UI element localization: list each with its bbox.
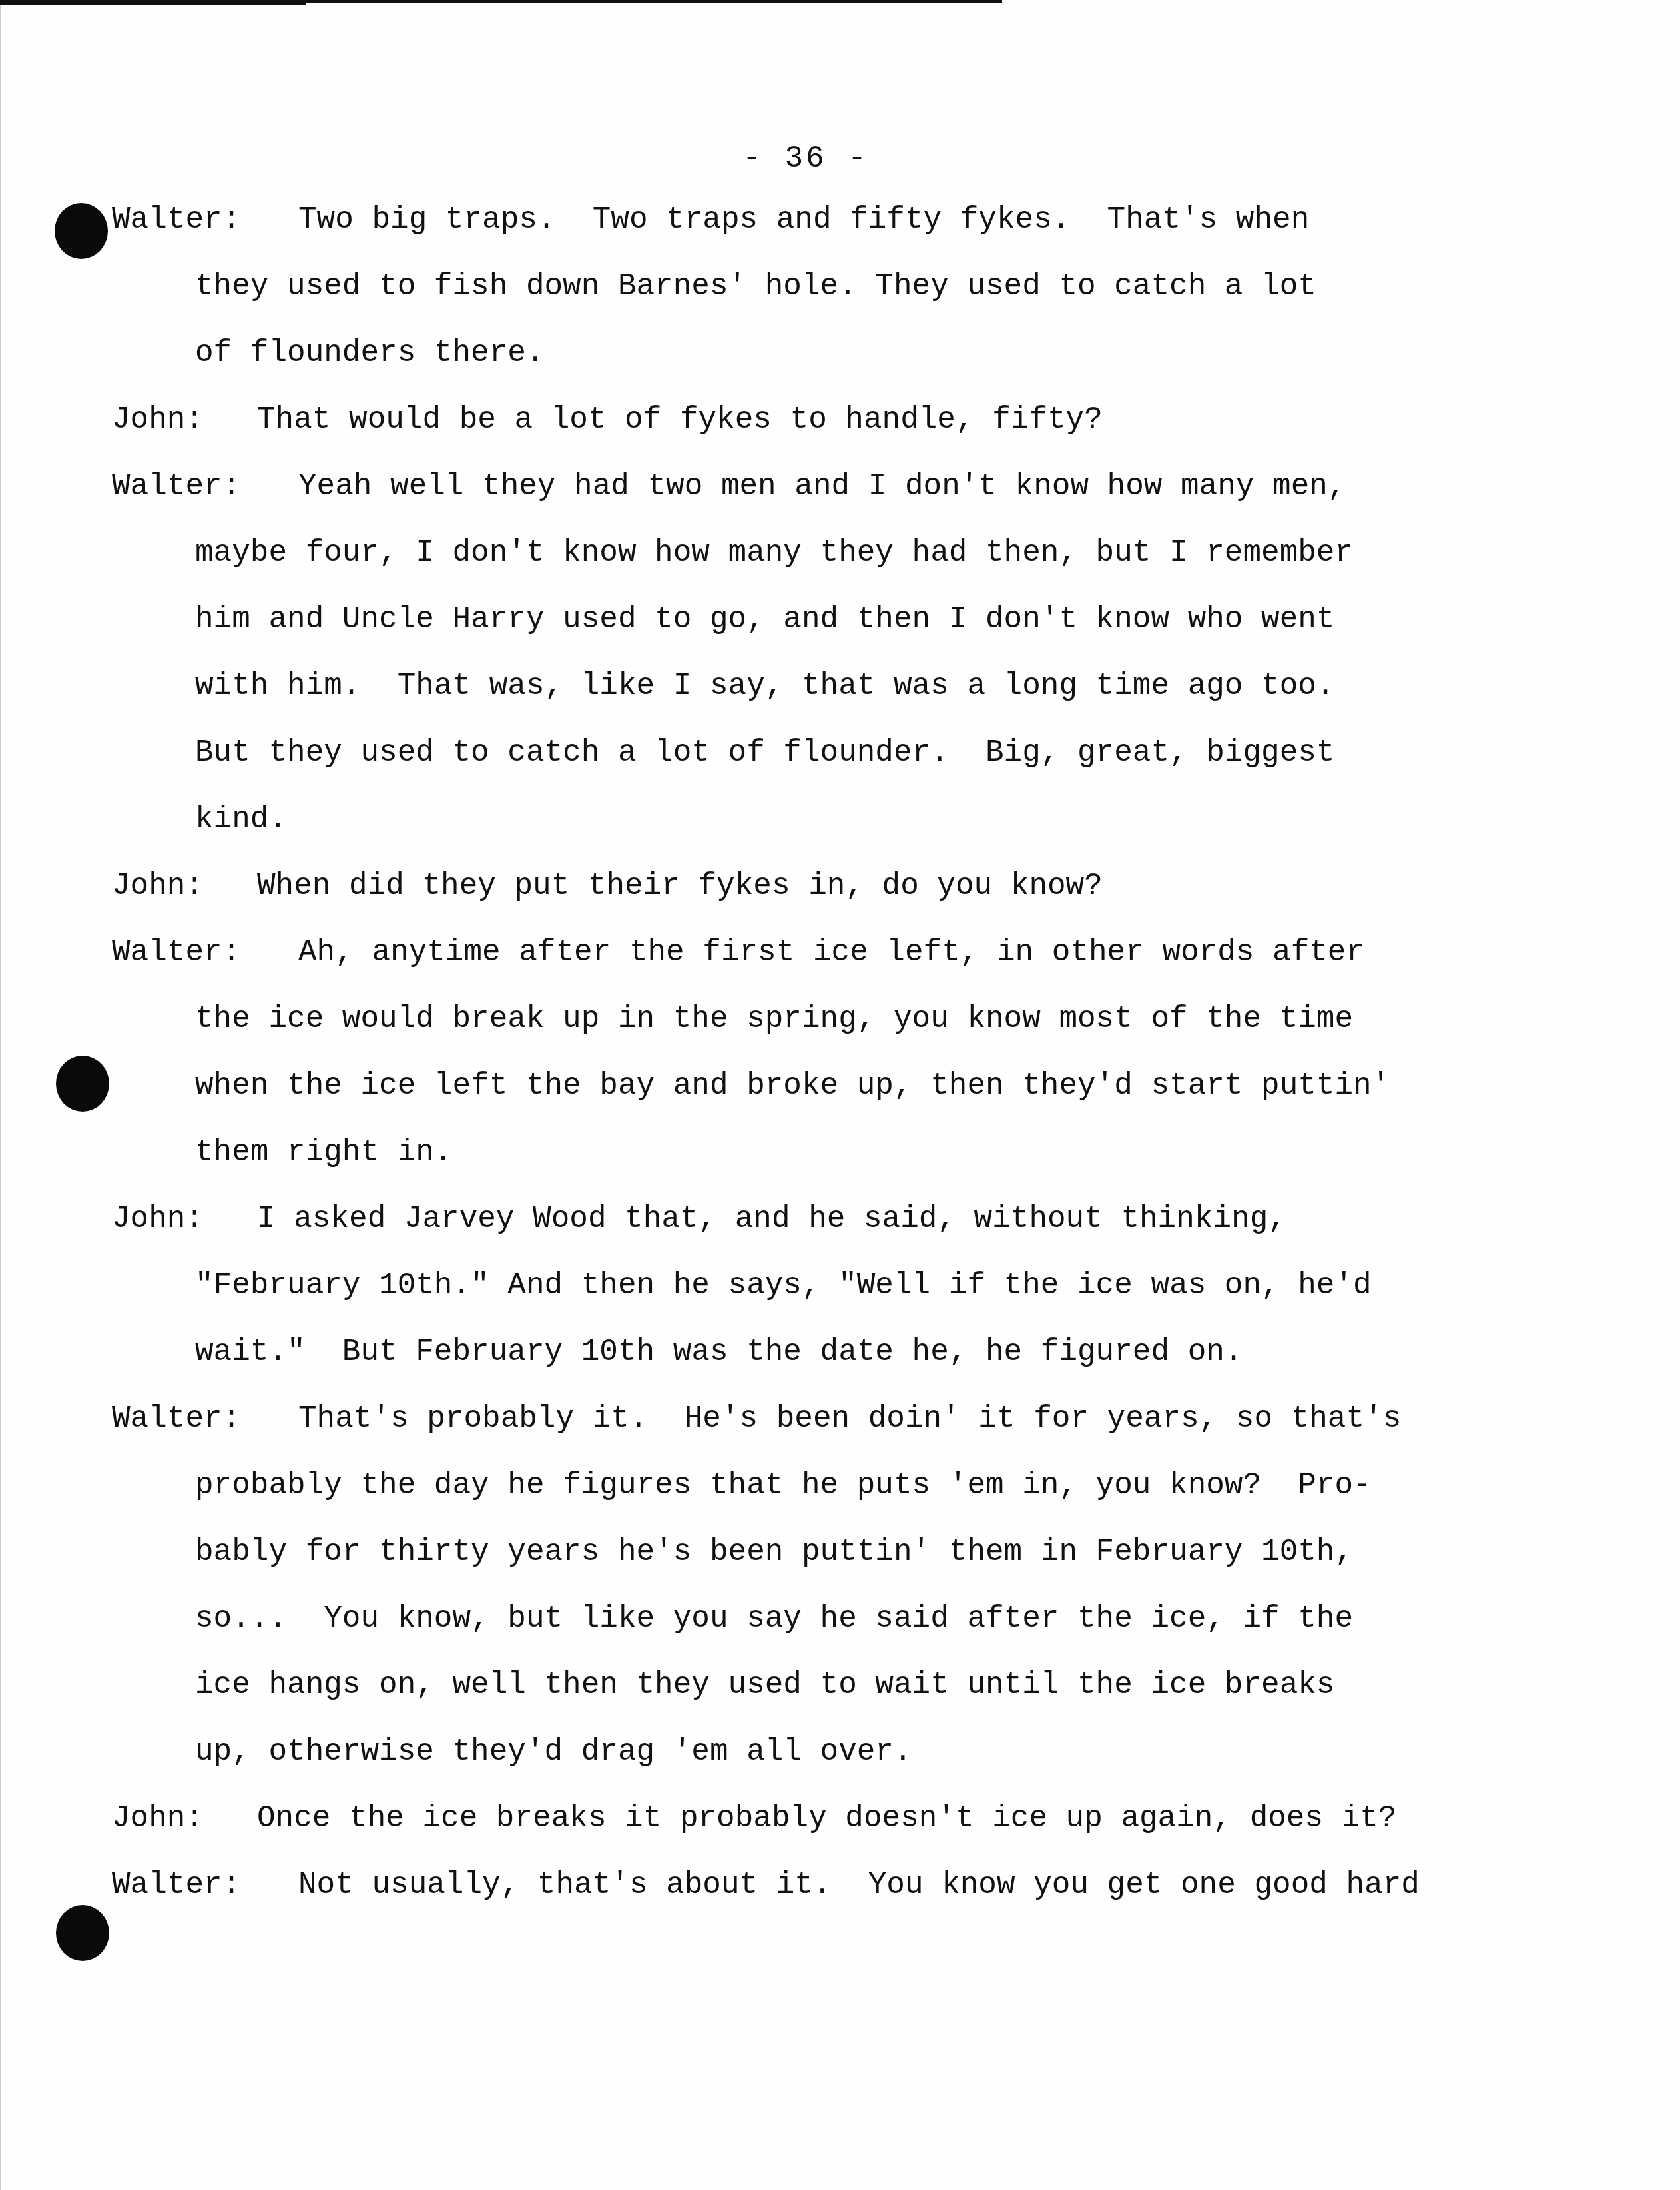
transcript-line: That would be a lot of fykes to handle, …	[257, 400, 1103, 440]
transcript-line: maybe four, I don't know how many they h…	[195, 533, 1353, 573]
transcript-line: ice hangs on, well then they used to wai…	[195, 1665, 1334, 1705]
transcript-line: Not usually, that's about it. You know y…	[298, 1865, 1420, 1905]
scan-top-edge-thick	[0, 0, 306, 5]
transcript-line: Yeah well they had two men and I don't k…	[298, 466, 1346, 506]
transcript-line: Once the ice breaks it probably doesn't …	[257, 1798, 1396, 1838]
transcript-line: bably for thirty years he's been puttin'…	[195, 1532, 1353, 1572]
transcript-line: Ah, anytime after the first ice left, in…	[298, 932, 1364, 972]
transcript-line: That's probably it. He's been doin' it f…	[298, 1399, 1401, 1439]
speaker-label: John:	[112, 866, 204, 906]
transcript-line: with him. That was, like I say, that was…	[195, 666, 1334, 706]
transcript-line: But they used to catch a lot of flounder…	[195, 733, 1334, 773]
speaker-label: Walter:	[112, 1865, 240, 1905]
transcript-line: Two big traps. Two traps and fifty fykes…	[298, 200, 1309, 240]
transcript-line: I asked Jarvey Wood that, and he said, w…	[257, 1199, 1286, 1239]
transcript-line: they used to fish down Barnes' hole. The…	[195, 266, 1316, 306]
transcript-line: so... You know, but like you say he said…	[195, 1599, 1353, 1639]
transcript-line: wait." But February 10th was the date he…	[195, 1332, 1243, 1372]
speaker-label: Walter:	[112, 932, 240, 972]
transcript-line: of flounders there.	[195, 333, 545, 373]
speaker-label: Walter:	[112, 1399, 240, 1439]
transcript-line: him and Uncle Harry used to go, and then…	[195, 599, 1334, 639]
transcript-line: When did they put their fykes in, do you…	[257, 866, 1103, 906]
transcript-line: "February 10th." And then he says, "Well…	[195, 1266, 1372, 1305]
transcript-line: them right in.	[195, 1132, 452, 1172]
speaker-label: Walter:	[112, 200, 240, 240]
page-number: - 36 -	[732, 141, 879, 176]
punch-hole-top	[55, 203, 108, 259]
transcript-line: probably the day he figures that he puts…	[195, 1465, 1372, 1505]
punch-hole-bottom	[56, 1905, 109, 1961]
speaker-label: John:	[112, 400, 204, 440]
punch-hole-middle	[56, 1056, 109, 1112]
transcript-line: when the ice left the bay and broke up, …	[195, 1066, 1390, 1106]
speaker-label: John:	[112, 1199, 204, 1239]
speaker-label: John:	[112, 1798, 204, 1838]
transcript-line: kind.	[195, 799, 287, 839]
transcript-line: up, otherwise they'd drag 'em all over.	[195, 1732, 912, 1772]
transcript-line: the ice would break up in the spring, yo…	[195, 999, 1353, 1039]
speaker-label: Walter:	[112, 466, 240, 506]
scan-left-edge	[0, 0, 1, 2190]
